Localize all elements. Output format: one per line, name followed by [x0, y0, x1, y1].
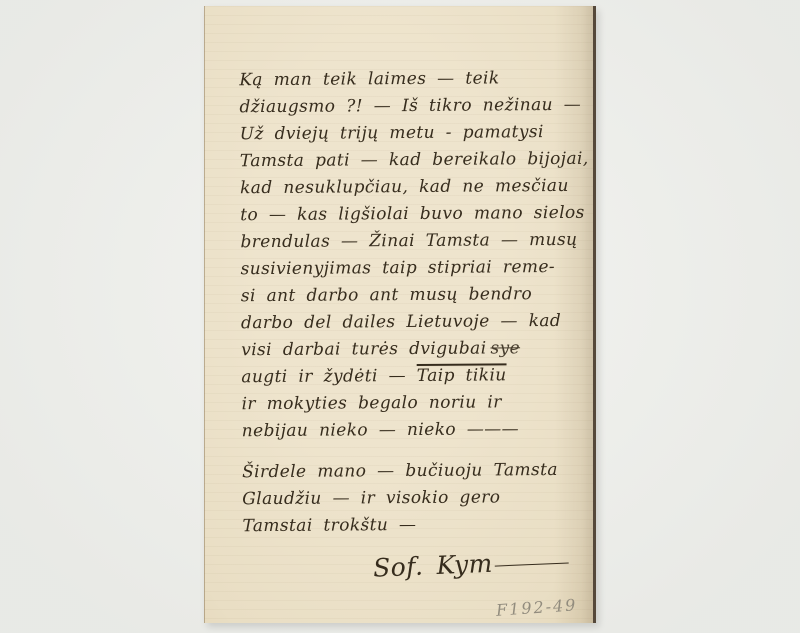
signature-flourish [495, 563, 569, 567]
signature: Sof. Kym [242, 546, 585, 587]
handwriting-line: brendulas — Žinai Tamsta — musų [240, 227, 582, 256]
handwriting-line: ir mokyties begalo noriu ir [241, 389, 583, 418]
handwriting-text: Glaudžiu — ir visokio gero [242, 487, 500, 509]
handwriting-line: augti ir žydėti — Taip tikiu [241, 362, 583, 391]
handwriting-line: Tamsta pati — kad bereikalo bijojai, [240, 146, 582, 175]
archive-code-annotation: F192-49 [495, 595, 578, 620]
handwriting-text: brendulas — Žinai Tamsta — musų [240, 230, 577, 252]
handwriting-line: visi darbai turės dvigubaisye [241, 335, 583, 364]
handwriting-line: susivienyjimas taip stipriai reme- [241, 254, 583, 283]
letter-paragraph: Ką man teik laimes — teikdžiaugsmo ?! — … [239, 65, 584, 445]
handwriting-text: Širdele mano — bučiuoju Tamsta [242, 460, 558, 482]
handwriting-text: Ką man teik laimes — teik [239, 68, 499, 90]
handwriting-text: darbo del dailes Lietuvoje — kad [241, 311, 561, 333]
handwriting-line: Glaudžiu — ir visokio gero [242, 484, 584, 513]
handwriting-text: Tamstai trokštu — [242, 515, 416, 536]
handwriting-line: Už dviejų trijų metu - pamatysi [240, 119, 582, 148]
handwriting-line: kad nesuklupčiau, kad ne mesčiau [240, 173, 582, 202]
handwriting-text: augti ir žydėti — [241, 366, 417, 387]
handwriting-text: Už dviejų trijų metu - pamatysi [240, 122, 544, 144]
handwriting-text: susivienyjimas taip stipriai reme- [241, 257, 556, 279]
crossed-out-word: sye [490, 338, 520, 358]
handwriting-line: Širdele mano — bučiuoju Tamsta [242, 457, 584, 486]
handwriting-text: si ant darbo ant musų bendro [241, 284, 532, 306]
letter-page: Ką man teik laimes — teikdžiaugsmo ?! — … [204, 6, 596, 623]
handwriting-line: Tamstai trokštu — [242, 511, 584, 540]
handwriting-line: Ką man teik laimes — teik [239, 65, 581, 94]
handwriting-line: si ant darbo ant musų bendro [241, 281, 583, 310]
handwriting-text: kad nesuklupčiau, kad ne mesčiau [240, 176, 569, 198]
handwriting-line: džiaugsmo ?! — Iš tikro nežinau — [239, 92, 581, 121]
handwriting-text: ir mokyties begalo noriu ir [241, 392, 501, 414]
handwriting-text: visi darbai turės dvigubai [241, 338, 486, 360]
handwriting-text: to — kas ligšiolai buvo mano sielos [240, 203, 585, 225]
handwriting-line: darbo del dailes Lietuvoje — kad [241, 308, 583, 337]
signature-text: Sof. Kym [373, 549, 494, 583]
handwriting-text: Tamsta pati — kad bereikalo bijojai, [240, 149, 589, 171]
emphasized-phrase: Taip tikiu [417, 365, 507, 386]
photo-backdrop: Ką man teik laimes — teikdžiaugsmo ?! — … [0, 0, 800, 633]
handwriting-line: nebijau nieko — nieko ——— [242, 416, 584, 445]
letter-paragraph: Širdele mano — bučiuoju TamstaGlaudžiu —… [242, 457, 585, 540]
handwriting-block: Ką man teik laimes — teikdžiaugsmo ?! — … [239, 65, 585, 581]
handwriting-line: to — kas ligšiolai buvo mano sielos [240, 200, 582, 229]
handwriting-text: nebijau nieko — nieko ——— [242, 419, 519, 441]
handwriting-text: džiaugsmo ?! — Iš tikro nežinau — [239, 95, 581, 117]
